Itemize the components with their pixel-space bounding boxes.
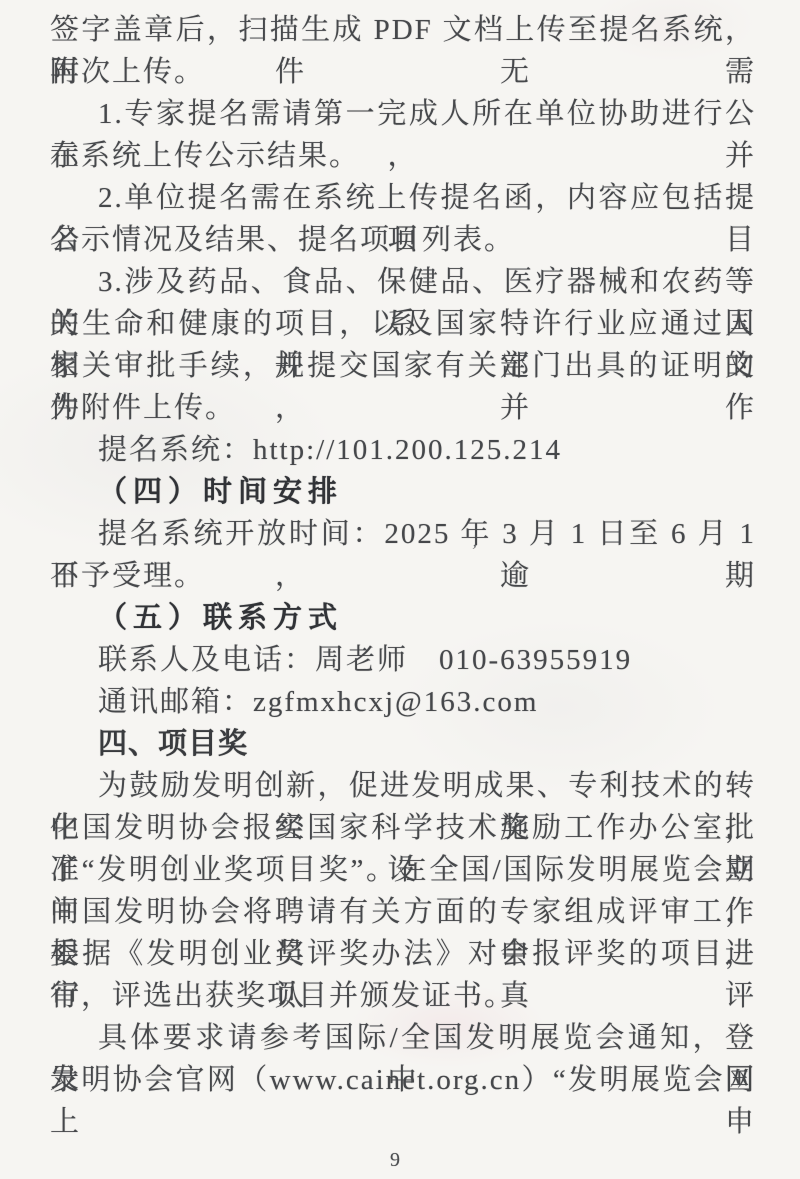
text-line: 签字盖章后，扫描生成 PDF 文档上传至提名系统，附件无需 — [50, 9, 756, 51]
section-heading: （四）时间安排 — [50, 471, 756, 513]
text-line: 提名系统：http://101.200.125.214 — [50, 429, 756, 471]
text-line: 具体要求请参考国际/全国发明展览会通知，登录中国 — [50, 1017, 756, 1059]
text-line: 中国发明协会报经国家科学技术奖励工作办公室批准设立 — [50, 807, 756, 849]
text-line: 了“发明创业奖项目奖”。在全国/国际发明展览会期间， — [50, 849, 756, 891]
text-line: 为鼓励发明创新，促进发明成果、专利技术的转化实施， — [50, 765, 756, 807]
section-heading: （五）联系方式 — [50, 597, 756, 639]
section-heading: 四、项目奖 — [50, 723, 756, 765]
document-page: 签字盖章后，扫描生成 PDF 文档上传至提名系统，附件无需再次上传。1.专家提名… — [0, 0, 800, 1179]
text-line: 通讯邮箱：zgfmxhcxj@163.com — [50, 681, 756, 723]
text-line: 中国发明协会将聘请有关方面的专家组成评审工作委员会， — [50, 891, 756, 933]
text-line: 提名系统开放时间：2025 年 3 月 1 日至 6 月 1 日，逾期 — [50, 513, 756, 555]
text-line: 联系人及电话：周老师 010-63955919 — [50, 639, 756, 681]
text-line: 发明协会官网（www.cainet.org.cn）“发明展览会网上申 — [50, 1059, 756, 1101]
text-line: 相关审批手续，并提交国家有关部门出具的证明文件，并作 — [50, 345, 756, 387]
text-line: 根据《发明创业奖评奖办法》对申报评奖的项目进行认真评 — [50, 933, 756, 975]
text-line: 3.涉及药品、食品、保健品、医疗器械和农药等关系人 — [50, 261, 756, 303]
text-line: 2.单位提名需在系统上传提名函，内容应包括提名项目 — [50, 177, 756, 219]
text-line: 的生命和健康的项目，以及国家特许行业应通过国家规定的 — [50, 303, 756, 345]
page-number: 9 — [0, 1150, 790, 1170]
text-line: 1.专家提名需请第一完成人所在单位协助进行公示，并 — [50, 93, 756, 135]
text-flow: 签字盖章后，扫描生成 PDF 文档上传至提名系统，附件无需再次上传。1.专家提名… — [50, 9, 756, 1101]
